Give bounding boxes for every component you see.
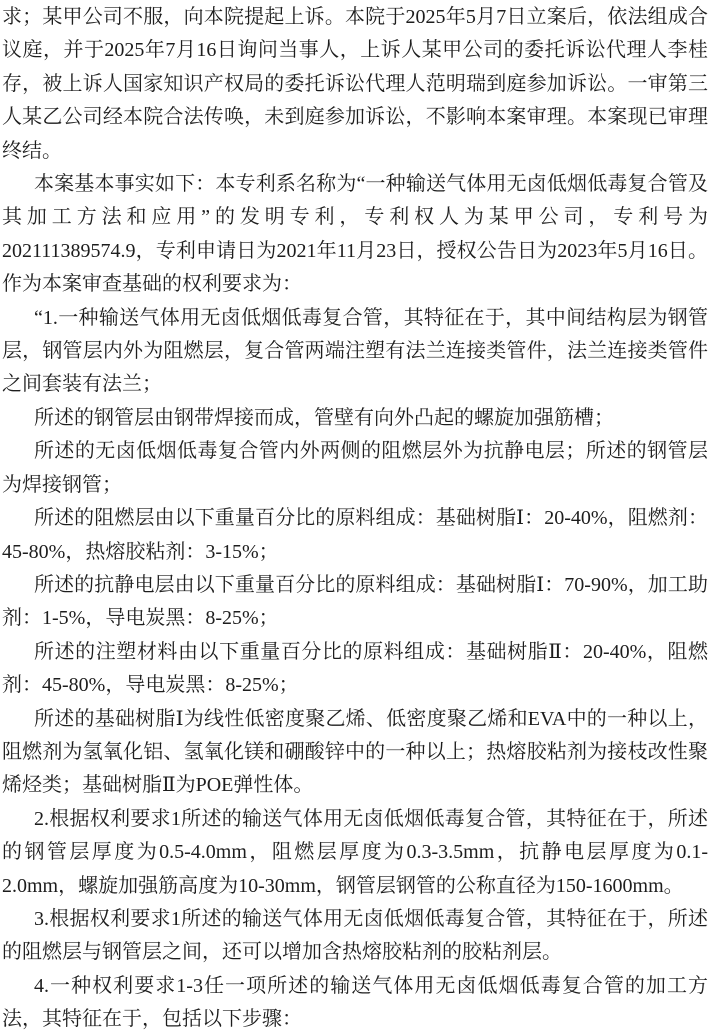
paragraph: 2.根据权利要求1所述的输送气体用无卤低烟低毒复合管，其特征在于，所述的钢管层厚… [2, 803, 708, 903]
paragraph: 求；某甲公司不服，向本院提起上诉。本院于2025年5月7日立案后，依法组成合议庭… [2, 1, 708, 168]
document-body: 求；某甲公司不服，向本院提起上诉。本院于2025年5月7日立案后，依法组成合议庭… [2, 1, 708, 1035]
paragraph: 所述的钢管层由钢带焊接而成，管壁有向外凸起的螺旋加强筋槽； [2, 402, 708, 435]
paragraph: “1.一种输送气体用无卤低烟低毒复合管，其特征在于，其中间结构层为钢管层，钢管层… [2, 302, 708, 402]
paragraph: 所述的阻燃层由以下重量百分比的原料组成：基础树脂Ⅰ：20-40%，阻燃剂：45-… [2, 502, 708, 569]
paragraph: 所述的抗静电层由以下重量百分比的原料组成：基础树脂Ⅰ：70-90%，加工助剂：1… [2, 569, 708, 636]
paragraph: 4.一种权利要求1-3任一项所述的输送气体用无卤低烟低毒复合管的加工方法，其特征… [2, 970, 708, 1035]
document-page: 求；某甲公司不服，向本院提起上诉。本院于2025年5月7日立案后，依法组成合议庭… [0, 0, 713, 1035]
paragraph: 3.根据权利要求1所述的输送气体用无卤低烟低毒复合管，其特征在于，所述的阻燃层与… [2, 903, 708, 970]
paragraph: 所述的无卤低烟低毒复合管内外两侧的阻燃层外为抗静电层；所述的钢管层为焊接钢管； [2, 435, 708, 502]
paragraph: 所述的基础树脂Ⅰ为线性低密度聚乙烯、低密度聚乙烯和EVA中的一种以上，阻燃剂为氢… [2, 703, 708, 803]
paragraph: 本案基本事实如下：本专利系名称为“一种输送气体用无卤低烟低毒复合管及其加工方法和… [2, 168, 708, 302]
paragraph: 所述的注塑材料由以下重量百分比的原料组成：基础树脂Ⅱ：20-40%，阻燃剂：45… [2, 636, 708, 703]
